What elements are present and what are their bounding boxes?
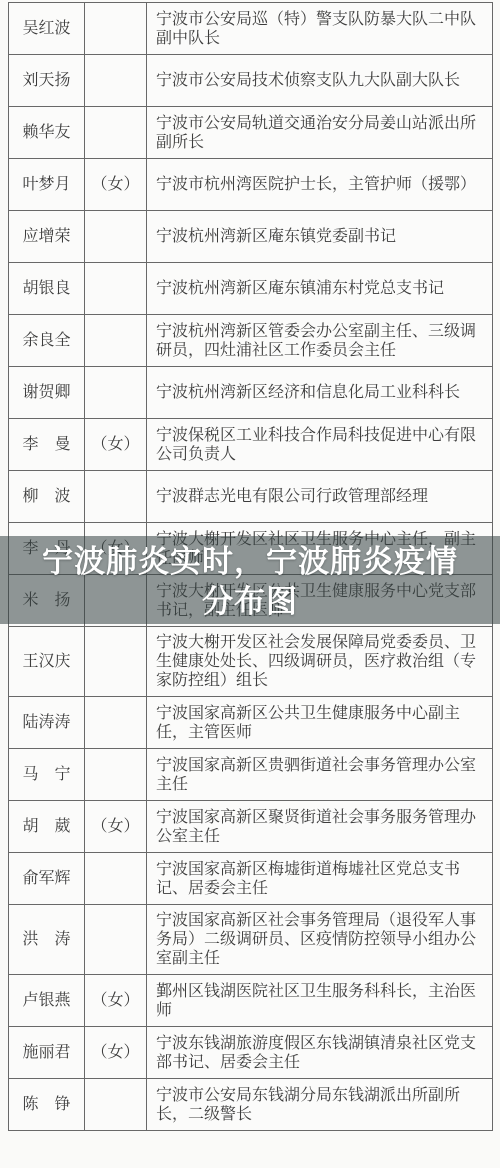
person-name-cell: 应增荣	[9, 211, 85, 263]
gender-cell	[85, 367, 147, 419]
job-title-cell: 宁波国家高新区贵驷街道社会事务管理办公室主任	[147, 749, 493, 801]
table-row: 余良全 宁波杭州湾新区管委会办公室副主任、三级调研员，四灶浦社区工作委员会主任	[9, 315, 493, 367]
gender-cell: （女）	[85, 801, 147, 853]
person-name: 赖华友	[22, 124, 70, 141]
job-title-cell: 宁波杭州湾新区管委会办公室副主任、三级调研员，四灶浦社区工作委员会主任	[147, 315, 493, 367]
person-name: 叶梦月	[22, 176, 70, 193]
person-name-cell: 胡银良	[9, 263, 85, 315]
gender-cell: （女）	[85, 159, 147, 211]
job-title: 鄞州区钱湖医院社区卫生服务科科长，主治医师	[156, 983, 476, 1019]
job-title-cell: 宁波市公安局技术侦察支队九大队副大队长	[147, 55, 493, 107]
person-name-cell: 余良全	[9, 315, 85, 367]
person-name-cell: 施丽君	[9, 1027, 85, 1079]
person-name-cell: 胡 葳	[9, 801, 85, 853]
banner-text-line2: 分布图	[0, 582, 500, 622]
person-name: 马 宁	[22, 766, 70, 783]
person-name: 陈 铮	[22, 1096, 70, 1113]
job-title: 宁波杭州湾新区庵东镇浦东村党总支书记	[156, 280, 444, 297]
table-row: 洪 涛 宁波国家高新区社会事务管理局（退役军人事务局）二级调研员、区疫情防控领导…	[9, 905, 493, 975]
job-title-cell: 宁波国家高新区社会事务管理局（退役军人事务局）二级调研员、区疫情防控领导小组办公…	[147, 905, 493, 975]
person-name-cell: 李 曼	[9, 419, 85, 471]
job-title-cell: 宁波国家高新区梅墟街道梅墟社区党总支书记、居委会主任	[147, 853, 493, 905]
person-name-cell: 陆涛涛	[9, 697, 85, 749]
person-name-cell: 俞军辉	[9, 853, 85, 905]
table-row: 马 宁 宁波国家高新区贵驷街道社会事务管理办公室主任	[9, 749, 493, 801]
job-title-cell: 鄞州区钱湖医院社区卫生服务科科长，主治医师	[147, 975, 493, 1027]
person-name: 俞军辉	[22, 870, 70, 887]
gender-cell	[85, 697, 147, 749]
person-name: 李 曼	[22, 436, 70, 453]
table-row: 刘天扬 宁波市公安局技术侦察支队九大队副大队长	[9, 55, 493, 107]
gender-cell	[85, 315, 147, 367]
gender-cell	[85, 471, 147, 523]
person-name: 陆涛涛	[22, 714, 70, 731]
job-title-cell: 宁波东钱湖旅游度假区东钱湖镇清泉社区党支部书记、居委会主任	[147, 1027, 493, 1079]
job-title-cell: 宁波国家高新区聚贤街道社会事务服务管理办公室主任	[147, 801, 493, 853]
job-title-cell: 宁波市公安局东钱湖分局东钱湖派出所副所长，二级警长	[147, 1079, 493, 1131]
person-name: 施丽君	[22, 1044, 70, 1061]
table-row: 俞军辉 宁波国家高新区梅墟街道梅墟社区党总支书记、居委会主任	[9, 853, 493, 905]
person-name: 谢贺卿	[22, 384, 70, 401]
person-name: 卢银燕	[22, 992, 70, 1009]
person-name-cell: 叶梦月	[9, 159, 85, 211]
person-name-cell: 吴红波	[9, 3, 85, 55]
job-title: 宁波国家高新区聚贤街道社会事务服务管理办公室主任	[156, 809, 476, 845]
gender-cell	[85, 3, 147, 55]
gender-cell	[85, 211, 147, 263]
job-title: 宁波国家高新区公共卫生健康服务中心副主任，主管医师	[156, 705, 460, 741]
job-title: 宁波市公安局技术侦察支队九大队副大队长	[156, 72, 460, 89]
job-title-cell: 宁波保税区工业科技合作局科技促进中心有限公司负责人	[147, 419, 493, 471]
table-row: 胡银良 宁波杭州湾新区庵东镇浦东村党总支书记	[9, 263, 493, 315]
person-name: 柳 波	[22, 488, 70, 505]
gender-cell	[85, 749, 147, 801]
gender-cell	[85, 55, 147, 107]
table-row: 王汉庆 宁波大榭开发区社会发展保障局党委委员、卫生健康处处长、四级调研员，医疗救…	[9, 627, 493, 697]
banner-text-line1: 宁波肺炎实时，宁波肺炎疫情	[0, 542, 500, 582]
job-title: 宁波国家高新区贵驷街道社会事务管理办公室主任	[156, 757, 476, 793]
job-title: 宁波东钱湖旅游度假区东钱湖镇清泉社区党支部书记、居委会主任	[156, 1035, 476, 1071]
person-name: 王汉庆	[22, 653, 70, 670]
person-name: 应增荣	[22, 228, 70, 245]
job-title-cell: 宁波市杭州湾医院护士长，主管护师（援鄂）	[147, 159, 493, 211]
person-name: 刘天扬	[22, 72, 70, 89]
table-row: 柳 波 宁波群志光电有限公司行政管理部经理	[9, 471, 493, 523]
person-name: 洪 涛	[22, 931, 70, 948]
person-name-cell: 王汉庆	[9, 627, 85, 697]
person-name: 胡银良	[22, 280, 70, 297]
job-title-cell: 宁波杭州湾新区庵东镇浦东村党总支书记	[147, 263, 493, 315]
person-name-cell: 柳 波	[9, 471, 85, 523]
watermark-banner: 宁波肺炎实时，宁波肺炎疫情 分布图	[0, 536, 500, 624]
table-row: 陆涛涛 宁波国家高新区公共卫生健康服务中心副主任，主管医师	[9, 697, 493, 749]
job-title: 宁波杭州湾新区经济和信息化局工业科科长	[156, 384, 460, 401]
person-name: 吴红波	[22, 20, 70, 37]
person-name-cell: 马 宁	[9, 749, 85, 801]
job-title: 宁波大榭开发区社会发展保障局党委委员、卫生健康处处长、四级调研员，医疗救治组（专…	[156, 634, 476, 689]
job-title: 宁波杭州湾新区庵东镇党委副书记	[156, 228, 396, 245]
person-name-cell: 刘天扬	[9, 55, 85, 107]
job-title-cell: 宁波杭州湾新区庵东镇党委副书记	[147, 211, 493, 263]
gender-label: （女）	[91, 436, 139, 453]
gender-cell	[85, 853, 147, 905]
gender-label: （女）	[91, 992, 139, 1009]
gender-cell	[85, 905, 147, 975]
table-row: 应增荣 宁波杭州湾新区庵东镇党委副书记	[9, 211, 493, 263]
job-title: 宁波保税区工业科技合作局科技促进中心有限公司负责人	[156, 427, 476, 463]
gender-label: （女）	[91, 1044, 139, 1061]
table-row: 施丽君 （女） 宁波东钱湖旅游度假区东钱湖镇清泉社区党支部书记、居委会主任	[9, 1027, 493, 1079]
person-name: 余良全	[22, 332, 70, 349]
job-title-cell: 宁波市公安局巡（特）警支队防暴大队二中队副中队长	[147, 3, 493, 55]
table-row: 吴红波 宁波市公安局巡（特）警支队防暴大队二中队副中队长	[9, 3, 493, 55]
job-title: 宁波市杭州湾医院护士长，主管护师（援鄂）	[156, 176, 476, 193]
job-title: 宁波市公安局巡（特）警支队防暴大队二中队副中队长	[156, 11, 476, 47]
job-title-cell: 宁波市公安局轨道交通治安分局姜山站派出所副所长	[147, 107, 493, 159]
person-name: 胡 葳	[22, 818, 70, 835]
table-row: 卢银燕 （女） 鄞州区钱湖医院社区卫生服务科科长，主治医师	[9, 975, 493, 1027]
job-title: 宁波杭州湾新区管委会办公室副主任、三级调研员，四灶浦社区工作委员会主任	[156, 323, 476, 359]
gender-cell	[85, 1079, 147, 1131]
person-name-cell: 谢贺卿	[9, 367, 85, 419]
table-row: 陈 铮 宁波市公安局东钱湖分局东钱湖派出所副所长，二级警长	[9, 1079, 493, 1131]
job-title: 宁波市公安局轨道交通治安分局姜山站派出所副所长	[156, 115, 476, 151]
table-row: 赖华友 宁波市公安局轨道交通治安分局姜山站派出所副所长	[9, 107, 493, 159]
table-row: 谢贺卿 宁波杭州湾新区经济和信息化局工业科科长	[9, 367, 493, 419]
job-title-cell: 宁波国家高新区公共卫生健康服务中心副主任，主管医师	[147, 697, 493, 749]
job-title: 宁波市公安局东钱湖分局东钱湖派出所副所长，二级警长	[156, 1087, 460, 1123]
person-name-cell: 卢银燕	[9, 975, 85, 1027]
job-title-cell: 宁波杭州湾新区经济和信息化局工业科科长	[147, 367, 493, 419]
person-name-cell: 赖华友	[9, 107, 85, 159]
document-page: 吴红波 宁波市公安局巡（特）警支队防暴大队二中队副中队长 刘天扬 宁波市公安局技…	[0, 2, 500, 1168]
gender-cell	[85, 263, 147, 315]
table-row: 胡 葳 （女） 宁波国家高新区聚贤街道社会事务服务管理办公室主任	[9, 801, 493, 853]
gender-cell: （女）	[85, 419, 147, 471]
gender-cell	[85, 107, 147, 159]
job-title-cell: 宁波大榭开发区社会发展保障局党委委员、卫生健康处处长、四级调研员，医疗救治组（专…	[147, 627, 493, 697]
person-name-cell: 陈 铮	[9, 1079, 85, 1131]
table-row: 李 曼 （女） 宁波保税区工业科技合作局科技促进中心有限公司负责人	[9, 419, 493, 471]
person-name-cell: 洪 涛	[9, 905, 85, 975]
job-title: 宁波国家高新区梅墟街道梅墟社区党总支书记、居委会主任	[156, 861, 460, 897]
gender-cell: （女）	[85, 975, 147, 1027]
table-row: 叶梦月 （女） 宁波市杭州湾医院护士长，主管护师（援鄂）	[9, 159, 493, 211]
job-title: 宁波国家高新区社会事务管理局（退役军人事务局）二级调研员、区疫情防控领导小组办公…	[156, 912, 476, 967]
gender-cell	[85, 627, 147, 697]
job-title: 宁波群志光电有限公司行政管理部经理	[156, 488, 428, 505]
gender-label: （女）	[91, 818, 139, 835]
gender-label: （女）	[91, 176, 139, 193]
job-title-cell: 宁波群志光电有限公司行政管理部经理	[147, 471, 493, 523]
gender-cell: （女）	[85, 1027, 147, 1079]
